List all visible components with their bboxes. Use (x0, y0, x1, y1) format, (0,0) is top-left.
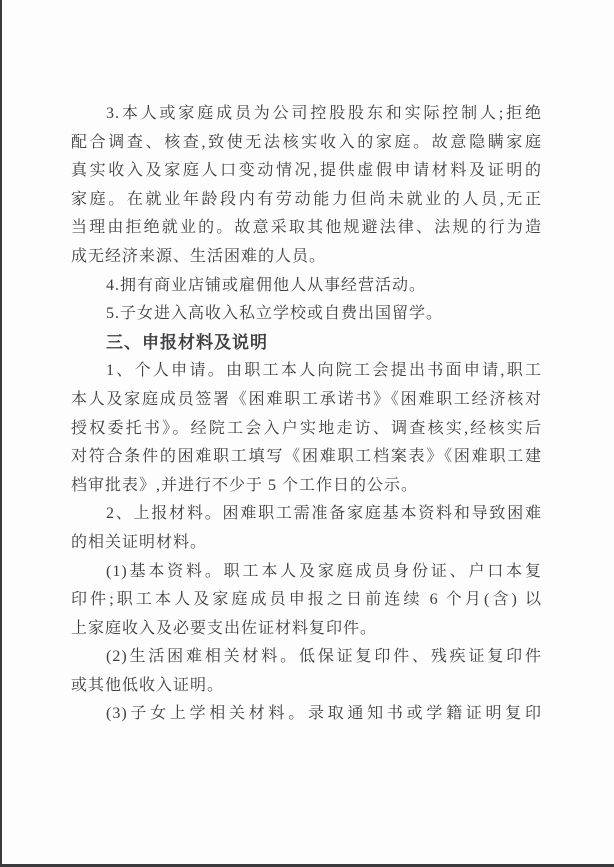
text-line: 成无经济来源、生活困难的人员。 (71, 243, 542, 272)
text-line: (1)基本资料。职工本人及家庭成员身份证、户口本复 (71, 558, 542, 587)
text-line: 1、个人申请。由职工本人向院工会提出书面申请,职工 (71, 357, 542, 386)
text-line: 授权委托书》。经院工会入户实地走访、调查核实,经核实后 (71, 415, 542, 444)
text-line: 4.拥有商业店铺或雇佣他人从事经营活动。 (71, 272, 542, 301)
section-heading: 三、申报材料及说明 (71, 329, 542, 358)
text-line: 上家庭收入及必要支出佐证材料复印件。 (71, 615, 542, 644)
text-line: 配合调查、核查,致使无法核实收入的家庭。故意隐瞒家庭 (71, 129, 542, 158)
text-line: 5.子女进入高收入私立学校或自费出国留学。 (71, 300, 542, 329)
text-line: 家庭。在就业年龄段内有劳动能力但尚未就业的人员,无正 (71, 186, 542, 215)
text-line: 印件;职工本人及家庭成员申报之日前连续 6 个月(含) 以 (71, 586, 542, 615)
document-page: 3.本人或家庭成员为公司控股股东和实际控制人;拒绝配合调查、核查,致使无法核实收… (0, 0, 614, 867)
text-line: 或其他低收入证明。 (71, 672, 542, 701)
text-line: 本人及家庭成员签署《困难职工承诺书》《困难职工经济核对 (71, 386, 542, 415)
text-line: (3)子女上学相关材料。录取通知书或学籍证明复印 (71, 700, 542, 729)
text-line: 2、上报材料。困难职工需准备家庭基本资料和导致困难 (71, 500, 542, 529)
text-line: 真实收入及家庭人口变动情况,提供虚假申请材料及证明的 (71, 157, 542, 186)
text-line: 档审批表》,并进行不少于 5 个工作日的公示。 (71, 472, 542, 501)
text-line: 对符合条件的困难职工填写《困难职工档案表》《困难职工建 (71, 443, 542, 472)
document-body: 3.本人或家庭成员为公司控股股东和实际控制人;拒绝配合调查、核查,致使无法核实收… (71, 100, 542, 729)
text-line: 当理由拒绝就业的。故意采取其他规避法律、法规的行为造 (71, 214, 542, 243)
text-line: 3.本人或家庭成员为公司控股股东和实际控制人;拒绝 (71, 100, 542, 129)
text-line: (2)生活困难相关材料。低保证复印件、残疾证复印件 (71, 643, 542, 672)
page-scan-edge-left (0, 0, 2, 867)
text-line: 的相关证明材料。 (71, 529, 542, 558)
